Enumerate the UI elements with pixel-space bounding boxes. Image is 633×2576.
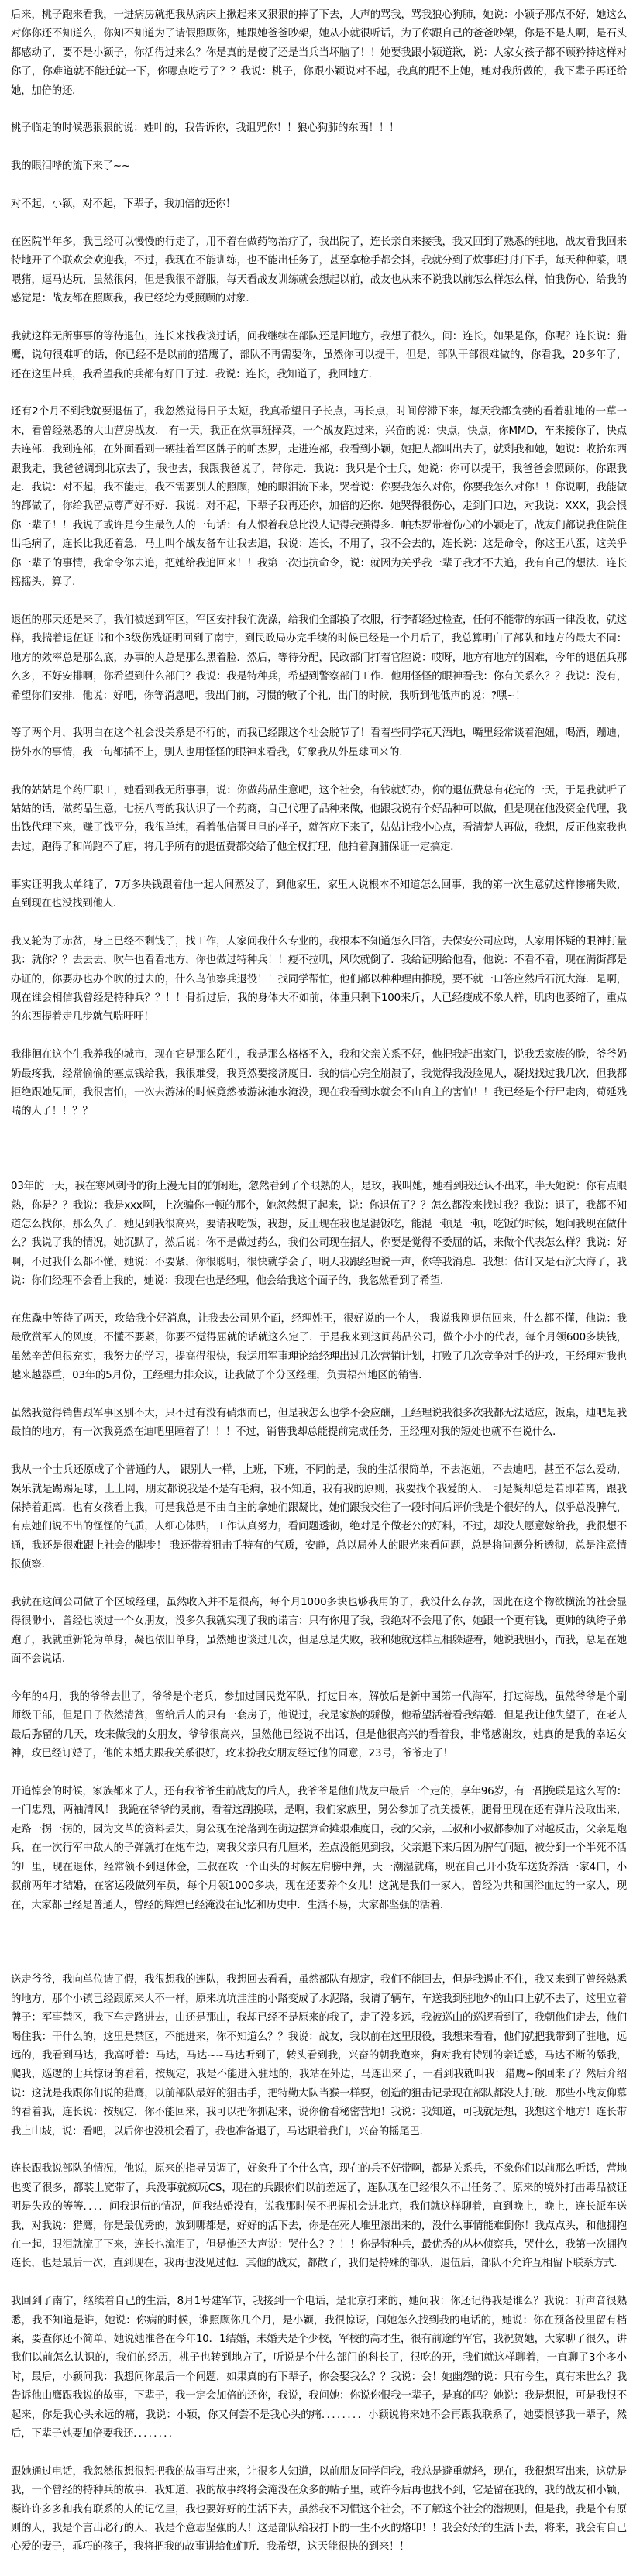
paragraph: 送走爷爷，我向单位请了假，我很想我的连队，我想回去看看，虽然部队有规定，我们不能…: [11, 1971, 627, 2141]
paragraph: 对不起，小颖，对不起，下辈子，我加倍的还你！: [11, 195, 627, 214]
paragraph: 我就在这间公司做了个区域经理，虽然收入并不是很高，每个月1000多块也够我用的了…: [11, 1594, 627, 1670]
section-spacer: [11, 1140, 627, 1178]
paragraph: 我的姑姑是个药厂职工，她看到我无所事事，说：你做药品生意吧，这个社会，有钱就好办…: [11, 782, 627, 858]
paragraph: 在焦躁中等待了两天，玫给我个好消息，让我去公司见个面，经理姓王，很好说的一个人，…: [11, 1310, 627, 1386]
paragraph: 退伍的那天还是来了，我们被送到军区，军区安排我们洗澡，给我们全部换了衣服，行李都…: [11, 611, 627, 706]
paragraph: 我就这样无所事事的等待退伍，连长来找我谈过话，问我继续在部队还是回地方，我想了很…: [11, 328, 627, 384]
section-spacer: [11, 1934, 627, 1971]
paragraph: 开追悼会的时候，家族都来了人，还有我爷爷生前战友的后人，我爷爷是他们战友中最后一…: [11, 1783, 627, 1915]
paragraph: 跟她通过电话，我忽然很想很想把我的故事写出来，让很多人知道，以前朋友同学问我，我…: [11, 2463, 627, 2557]
paragraph: 我又轮为了赤贫，身上已经不剩钱了，找工作，人家问我什么专业的，我根本不知道怎么回…: [11, 933, 627, 1027]
paragraph: 连长跟我说部队的情况，他说，原来的指导员调了，好象升了个什么官，现在的兵不好带啊…: [11, 2160, 627, 2273]
paragraph: 还有2个月不到我就要退伍了，我忽然觉得日子太短，我真希望日子长点，再长点，时间停…: [11, 403, 627, 592]
paragraph: 虽然我觉得销售跟军事区别不大，只不过有没有硝烟而已，但是我怎么也学不会应酬，王经…: [11, 1405, 627, 1443]
paragraph: 等了两个月，我明白在这个社会没关系是不行的，而我已经跟这个社会脱节了！看着些同学…: [11, 724, 627, 762]
paragraph: 我从一个士兵还原成了个普通的人， 跟别人一样，上班，下班，不同的是，我的生活很简…: [11, 1461, 627, 1574]
paragraph: 我徘徊在这个生我养我的城市，现在它是那么陌生，我是那么格格不入，我和父亲关系不好…: [11, 1046, 627, 1122]
paragraph: 后来，桃子跑来看我，一进病房就把我从病床上揪起来又狠狠的摔了下去，大声的骂我，骂…: [11, 6, 627, 101]
paragraph: 03年的一天，我在寒风刺骨的街上漫无目的的闲逛，忽然看到了个眼熟的人，是玫，我叫…: [11, 1178, 627, 1291]
article-body: 后来，桃子跑来看我，一进病房就把我从病床上揪起来又狠狠的摔了下去，大声的骂我，骂…: [0, 0, 633, 2557]
paragraph: 在医院半年多，我已经可以慢慢的行走了，用不着在做药物治疗了，我出院了，连长亲自来…: [11, 233, 627, 309]
paragraph: 桃子临走的时候恶狠狠的说：姓叶的，我告诉你，我诅咒你！！狼心狗肺的东西！！！: [11, 119, 627, 138]
paragraph: 我回到了南宁，继续着自己的生活，8月1号建军节，我接到一个电话，是北京打来的，她…: [11, 2292, 627, 2444]
paragraph: 事实证明我太单纯了，7万多块钱跟着他一起人间蒸发了，到他家里，家里人说根本不知道…: [11, 876, 627, 914]
paragraph: 我的眼泪哗的流下来了~~: [11, 157, 627, 176]
paragraph: 今年的4月，我的爷爷去世了，爷爷是个老兵，参加过国民党军队，打过日本，解放后是新…: [11, 1688, 627, 1764]
